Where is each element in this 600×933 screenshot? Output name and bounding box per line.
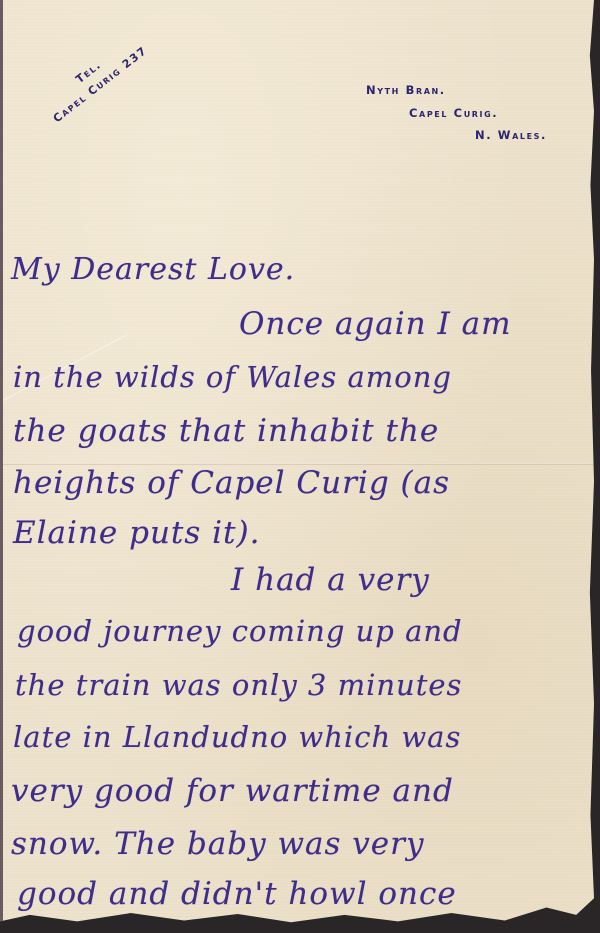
letter-line: Elaine puts it). bbox=[13, 515, 260, 551]
letter-line: the goats that inhabit the bbox=[13, 413, 439, 449]
letter-line: very good for wartime and bbox=[11, 773, 454, 809]
letter-line: in the wilds of Wales among bbox=[13, 360, 452, 394]
letter-line: I had a very bbox=[231, 562, 430, 598]
letterhead-telephone: Tel. Capel Curig 237 bbox=[39, 29, 151, 127]
salutation: My Dearest Love. bbox=[11, 252, 295, 287]
letter-line: heights of Capel Curig (as bbox=[13, 465, 450, 501]
letter-line: late in Llandudno which was bbox=[13, 720, 461, 754]
letter-line: Once again I am bbox=[239, 306, 511, 342]
letter-line: snow. The baby was very bbox=[11, 826, 424, 862]
letter-line: the train was only 3 minutes bbox=[15, 668, 462, 702]
address-line-2: Capel Curig. bbox=[409, 106, 498, 120]
address-line-3: N. Wales. bbox=[475, 128, 547, 142]
address-line-1: Nyth Bran. bbox=[366, 83, 446, 97]
letter-line: good journey coming up and bbox=[17, 614, 463, 648]
letter-page: Tel. Capel Curig 237 Nyth Bran. Capel Cu… bbox=[0, 0, 594, 926]
letter-line: good and didn't howl once bbox=[17, 876, 457, 912]
